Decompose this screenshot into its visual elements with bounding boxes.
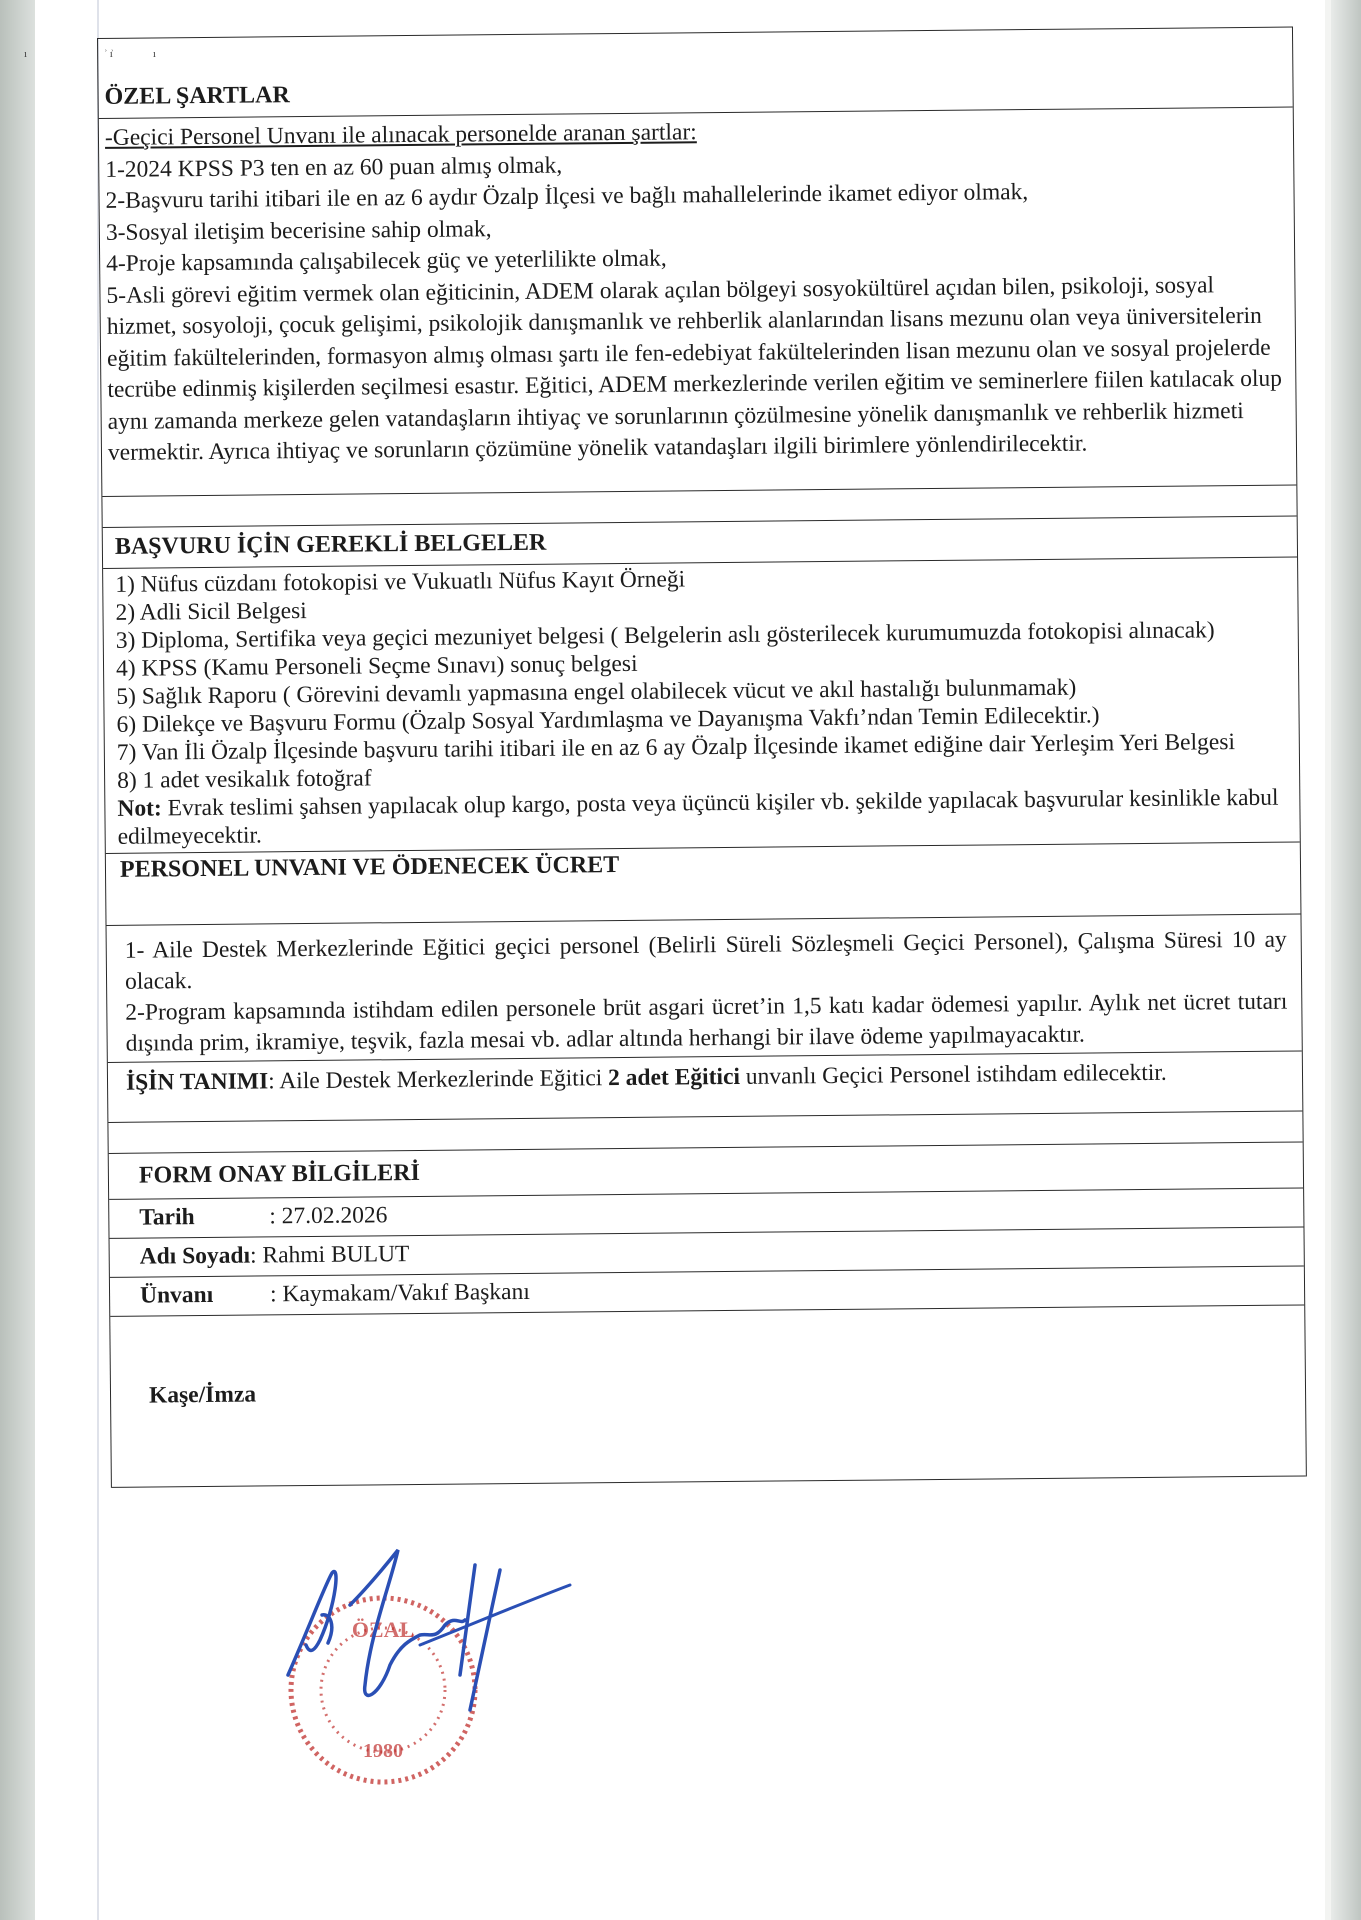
job-description-label: İŞİN TANIMI [126,1068,268,1095]
form-frame: ÖZEL ŞARTLAR -Geçici Personel Unvanı ile… [97,27,1307,1488]
section-personel-unvani-header: PERSONEL UNVANI VE ÖDENECEK ÜCRET [106,842,1301,925]
field-label-adi-soyadi: Adı Soyadı [140,1243,251,1271]
note-label: Not: [117,795,162,821]
section-gerekli-belgeler-body: 1) Nüfus cüzdanı fotokopisi ve Vukuatlı … [103,557,1300,853]
field-label-unvani: Ünvanı [140,1281,270,1309]
field-label-tarih: Tarih [139,1203,269,1231]
section-title-gerekli-belgeler: BAŞVURU İÇİN GEREKLİ BELGELER [115,529,547,562]
field-value-tarih: : 27.02.2026 [269,1202,387,1230]
salary-item: 2-Program kapsamında istihdam edilen per… [125,986,1288,1059]
job-description-text-2: unvanlı Geçici Personel istihdam edilece… [740,1059,1167,1089]
field-value-unvani: : Kaymakam/Vakıf Başkanı [270,1279,530,1308]
svg-text:1980: 1980 [363,1740,403,1762]
application-form: ÖZEL ŞARTLAR -Geçici Personel Unvanı ile… [97,27,1307,1488]
salary-item: 1- Aile Destek Merkezlerinde Eğitici geç… [125,924,1288,997]
section-ozel-sartlar-header: ÖZEL ŞARTLAR [98,28,1293,119]
signature-icon [270,1545,590,1720]
field-label-kase-imza: Kaşe/İmza [149,1382,256,1410]
field-value-adi-soyadi: : Rahmi BULUT [250,1241,410,1270]
scan-right-edge [1331,0,1361,1920]
job-description-text-1: Aile Destek Merkezlerinde Eğitici [275,1065,609,1094]
scan-left-edge [0,0,38,1920]
section-title-personel-unvani: PERSONEL UNVANI VE ÖDENECEK ÜCRET [120,852,619,883]
section-title-form-onay: FORM ONAY BİLGİLERİ [139,1159,420,1190]
section-ozel-sartlar-body: -Geçici Personel Unvanı ile alınacak per… [99,108,1297,497]
job-description-count: 2 adet Eğitici [608,1063,740,1090]
field-row-kase-imza: Kaşe/İmza [110,1305,1306,1487]
delivery-note: Not: Evrak teslimi şahsen yapılacak olup… [117,783,1293,850]
note-text: Evrak teslimi şahsen yapılacak olup karg… [118,784,1279,849]
section-personel-unvani-body: 1- Aile Destek Merkezlerinde Eğitici geç… [107,914,1302,1062]
job-description: İŞİN TANIMI: Aile Destek Merkezlerinde E… [126,1055,1288,1099]
condition-item: 5-Asli görevi eğitim vermek olan eğitici… [106,269,1290,469]
section-title-ozel-sartlar: ÖZEL ŞARTLAR [104,81,289,112]
